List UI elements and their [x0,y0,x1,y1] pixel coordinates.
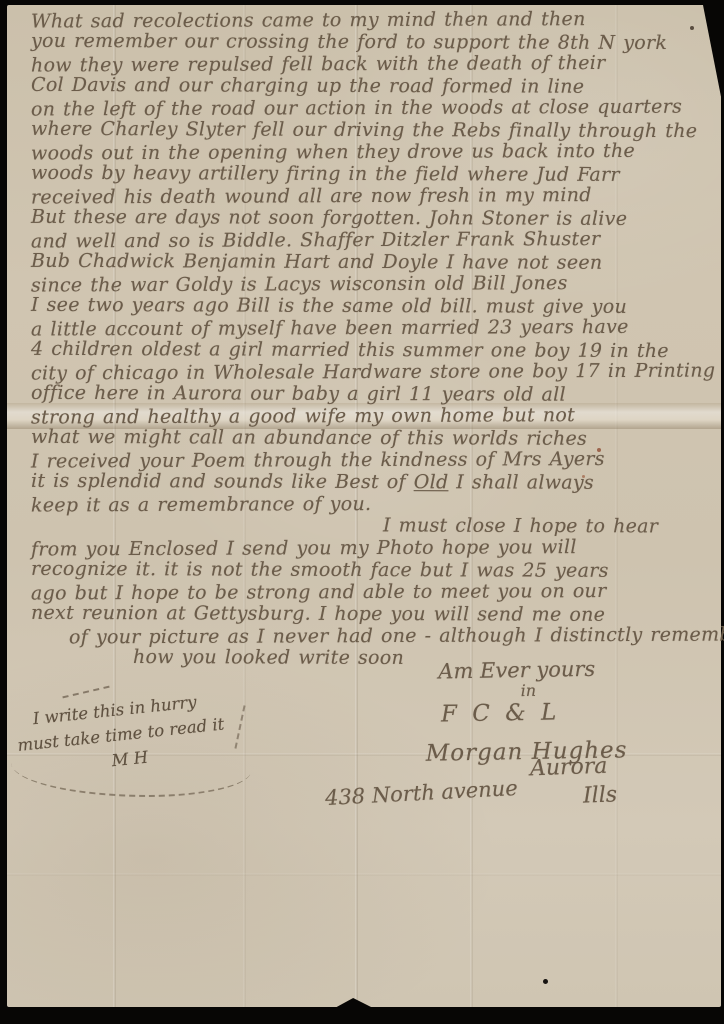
side-note-dash-mark [62,686,109,699]
scanned-letter: What sad recolections came to my mind th… [0,0,724,1024]
ink-speck [543,979,548,984]
letter-line: how they were repulsed fell back with th… [31,52,711,77]
address-state: Ills [583,782,618,808]
letter-line: received his death wound all are now fre… [31,184,711,209]
closing-initials: F C & L [441,696,627,729]
letter-line: But these are days not soon forgotten. J… [31,206,711,230]
letter-line: what we might call an abundance of this … [31,426,711,450]
foxing-spot [597,448,601,452]
letter-line: What sad recolections came to my mind th… [31,8,711,33]
letter-line: ago but I hope to be strong and able to … [31,580,711,605]
letter-line: 4 children oldest a girl married this su… [31,338,711,362]
letter-line: Col Davis and our charging up the road f… [31,74,711,98]
letter-line: where Charley Slyter fell our driving th… [31,118,711,142]
letter-line: you remember our crossing the ford to su… [31,30,711,54]
letter-line: woods out in the opening when they drove… [31,140,711,165]
letter-line: on the left of the road our action in th… [31,96,711,121]
letter-line: it is splendid and sounds like Best of O… [31,470,711,494]
letter-line: and well and so is Biddle. Shaffer Ditzl… [31,228,711,253]
letter-line: of your picture as I never had one - alt… [69,624,711,649]
letter-line: keep it as a remembrance of you. [31,492,711,517]
side-note-dash-mark [11,737,251,797]
letter-line: Bub Chadwick Benjamin Hart and Doyle I h… [31,250,711,274]
letter-line: since the war Goldy is Lacys wisconsin o… [31,272,711,297]
letter-line: from you Enclosed I send you my Photo ho… [31,536,711,561]
letter-line: I received your Poem through the kindnes… [31,448,711,473]
closing-block: Am Ever yours in F C & L Morgan Hughes [424,656,628,767]
address-street: 438 North avenue [325,776,519,810]
letter-line: I see two years ago Bill is the same old… [31,294,711,318]
letter-line: recognize it. it is not the smooth face … [31,558,711,582]
foxing-spot [582,475,585,478]
paper-sheet: What sad recolections came to my mind th… [7,5,721,1007]
letter-line: next reunion at Gettysburg. I hope you w… [31,602,711,626]
horizontal-fold-crease [7,873,721,876]
ink-speck [690,26,694,30]
letter-line: woods by heavy artillery firing in the f… [31,162,711,186]
letter-line: strong and healthy a good wife my own ho… [31,404,711,429]
address-city: Aurora [530,754,608,782]
letter-line: I must close I hope to hear [383,514,711,537]
letter-line: a little account of myself have been mar… [31,316,711,341]
letter-line: city of chicago in Wholesale Hardware st… [31,360,711,385]
letter-line: office here in Aurora our baby a girl 11… [31,382,711,406]
letter-body: What sad recolections came to my mind th… [31,9,711,669]
